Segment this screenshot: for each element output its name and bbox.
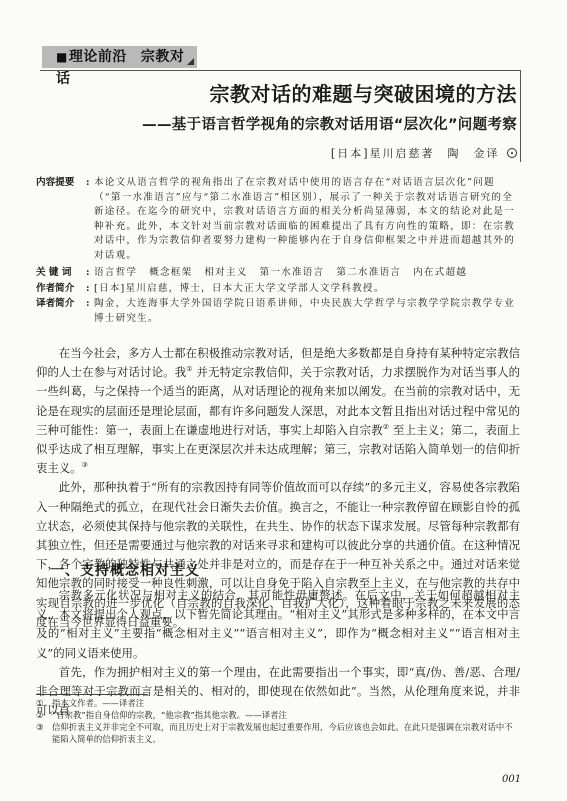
footnote: ①指本文作者。——译者注	[36, 697, 520, 709]
keyword: 第二水准语言	[336, 267, 401, 278]
translator-bio: 陶金，大连海事大学外国语学院日语系讲师，中央民族大学哲学与宗教学学院宗教学专业博…	[94, 297, 521, 326]
keywords-list: 语言哲学概念框架相对主义第一水准语言第二水准语言内在式超越	[94, 266, 521, 281]
title-frame-rule	[520, 70, 521, 162]
keyword: 语言哲学	[94, 267, 137, 278]
paragraph-3: 宗教多元化状况与相对主义的结合，其可能性毋庸赘述。在后文中，关于如何超越相对主义…	[36, 586, 520, 663]
keywords-block: 关 键 词 : 语言哲学概念框架相对主义第一水准语言第二水准语言内在式超越 作者…	[36, 266, 521, 326]
keywords-label: 关 键 词	[36, 266, 86, 281]
author-label: 作者简介	[36, 282, 86, 297]
section-heading: 一、支持概念相对主义	[50, 560, 200, 580]
corner-triangle-icon	[187, 58, 194, 65]
abstract-label: 内容提要	[36, 176, 86, 263]
header-rule	[40, 70, 521, 71]
footnote: ③信仰折衷主义并非完全不可取，而且历史上对于宗教发展也起过重要作用，今后应该也会…	[36, 721, 520, 745]
column-name: 理论前沿	[69, 49, 127, 65]
keyword: 概念框架	[149, 267, 192, 278]
byline: [日本]星川启慈著 陶 金译	[331, 145, 517, 161]
column-tag: ■理论前沿宗教对话	[42, 46, 197, 68]
article-subtitle: ——基于语言哲学视角的宗教对话用语“层次化”问题考察	[142, 113, 517, 134]
footnote-rule	[36, 694, 148, 695]
article-title: 宗教对话的难题与突破困境的方法	[210, 78, 518, 107]
footnote-ref-3[interactable]: ③	[82, 461, 88, 469]
keyword: 第一水准语言	[260, 267, 325, 278]
abstract-block: 内容提要 : 本论文从语言哲学的视角指出了在宗教对话中使用的语言存在“对话语言层…	[36, 176, 521, 263]
abstract-text: 本论文从语言哲学的视角指出了在宗教对话中使用的语言存在“对话语言层次化”问题（“…	[94, 176, 521, 263]
author-bio: [日本]星川启慈，博士，日本大正大学文学部人文学科教授。	[94, 282, 521, 297]
keyword: 内在式超越	[413, 267, 467, 278]
translator-label: 译者简介	[36, 297, 86, 326]
paragraph-1: 在当今社会，多方人士都在积极推动宗教对话，但是绝大多数都是自身持有某种特定宗教信…	[36, 344, 520, 478]
square-marker-icon: ■	[56, 50, 68, 64]
footnotes: ①指本文作者。——译者注 ②“自宗教”指自身信仰的宗教，“他宗教”指其他宗教。—…	[36, 697, 520, 745]
byline-text: [日本]星川启慈著 陶 金译	[331, 147, 500, 160]
page-number: 001	[502, 774, 521, 785]
keyword: 相对主义	[204, 267, 247, 278]
footnote: ②“自宗教”指自身信仰的宗教，“他宗教”指其他宗教。——译者注	[36, 709, 520, 721]
circle-dot-icon	[507, 148, 517, 158]
